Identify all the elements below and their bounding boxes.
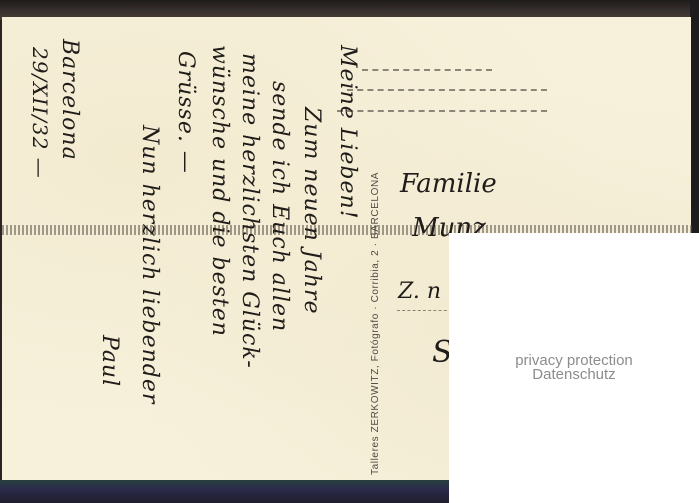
date-written: 29/XII/32 — xyxy=(28,47,52,179)
address-line xyxy=(337,110,547,112)
scan-border-right xyxy=(690,0,699,240)
message-line-4: meine herzlichsten Glück- xyxy=(237,53,262,369)
address-line xyxy=(347,89,547,91)
message-line-6: Grüsse. — xyxy=(173,51,198,174)
privacy-overlay: privacy protection Datenschutz xyxy=(449,233,699,503)
message-line-2: Zum neuen Jahre xyxy=(299,107,324,315)
address-line xyxy=(362,69,492,71)
signature: Paul xyxy=(97,335,122,387)
scan-border-bottom xyxy=(0,480,450,503)
printer-imprint: Talleres ZERKOWITZ, Fotógrafo · Corribia… xyxy=(370,172,381,475)
message-line-5: wünsche und die besten xyxy=(207,45,232,337)
address-line xyxy=(397,310,452,311)
address-line-3: Z. n xyxy=(398,279,441,304)
message-line-1: Meine Lieben! xyxy=(335,45,360,220)
privacy-label-de: Datenschutz xyxy=(532,368,615,382)
message-line-3: sende ich Euch allen xyxy=(267,81,292,332)
message-line-7: Nun herzlich liebender xyxy=(137,125,162,404)
address-line-1: Familie xyxy=(400,169,497,199)
place-name: Barcelona xyxy=(57,39,82,161)
